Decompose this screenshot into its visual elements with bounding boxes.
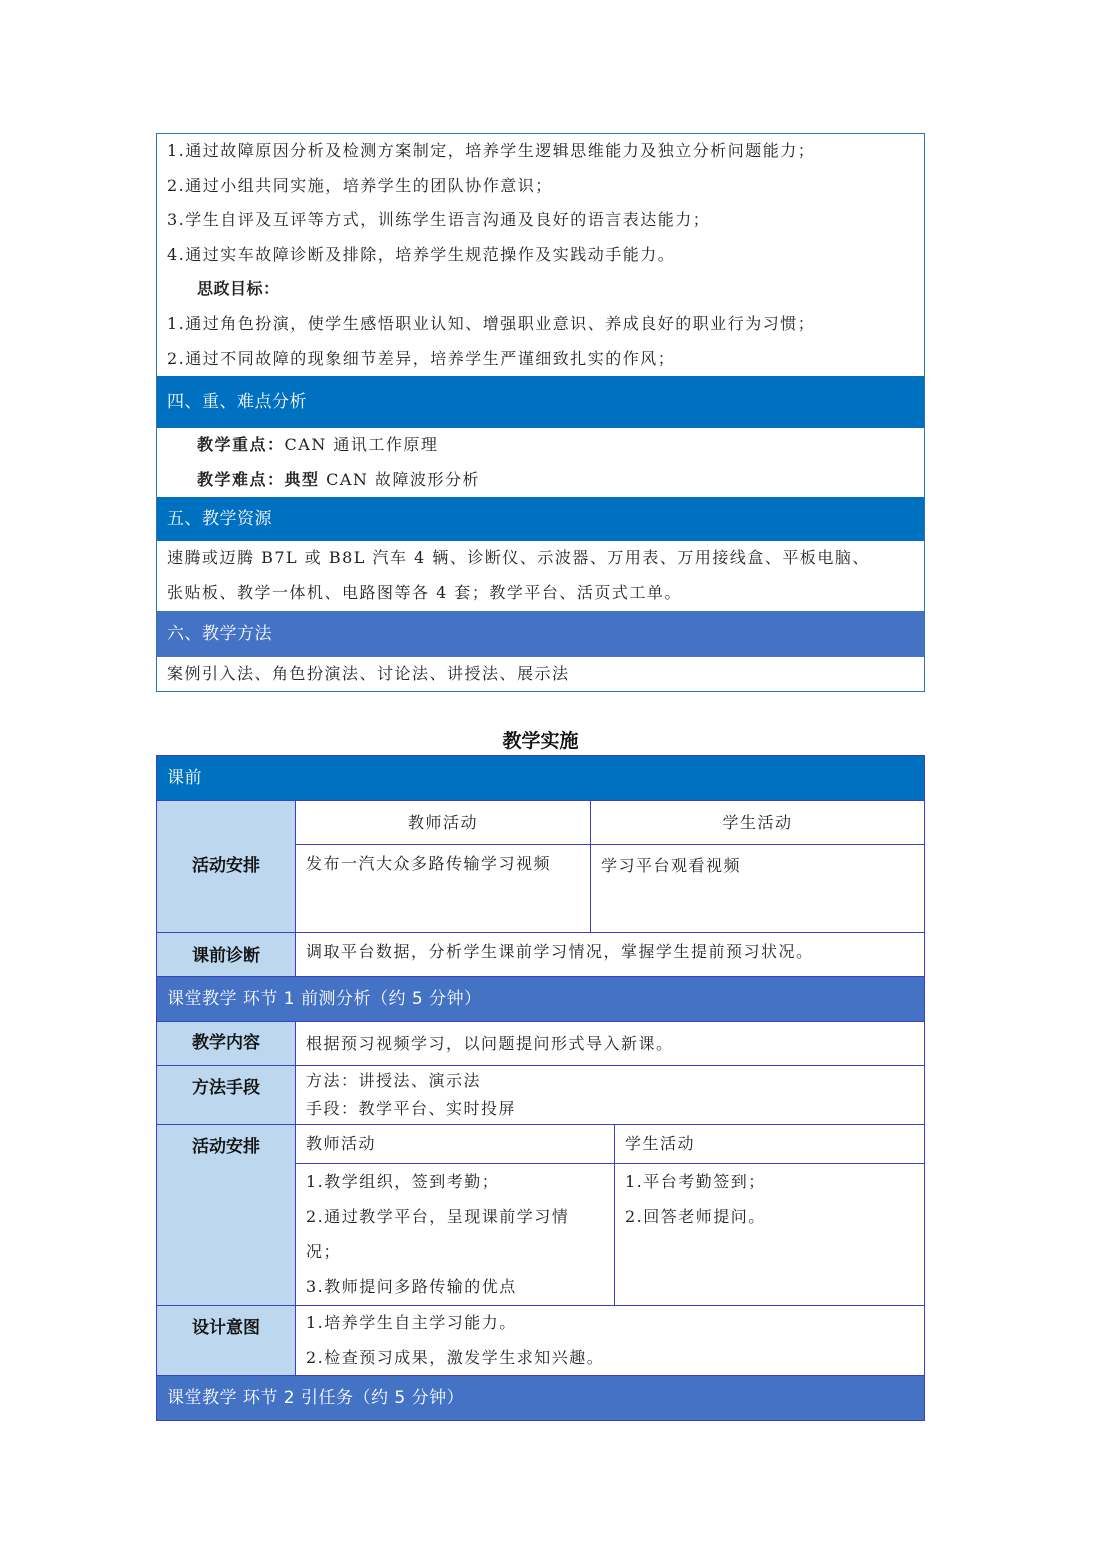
pre-class-activity-row: 活动安排 教师活动 学生活动 发布一汽大众多路传输学习视频 学习平台观看视频: [157, 801, 924, 933]
stage1-student-line-2: 2.回答老师提问。: [625, 1199, 914, 1234]
ideology-goal-1: 1.通过角色扮演，使学生感悟职业认知、增强职业意识、养成良好的职业行为习惯；: [157, 307, 924, 342]
stage1-activity-row: 活动安排 教师活动 学生活动 1.教学组织，签到考勤； 2.通过教学平台，呈现课…: [157, 1125, 924, 1306]
key-point-label: 教学重点：: [197, 435, 285, 454]
stage1-student-col: 学生活动: [614, 1125, 924, 1163]
stage1-intent-line-1: 1.培养学生自主学习能力。: [306, 1306, 914, 1341]
pre-class-header: 课前: [157, 756, 924, 801]
key-point-text: CAN 通讯工作原理: [285, 435, 439, 454]
methods-text: 案例引入法、角色扮演法、讨论法、讲授法、展示法: [157, 657, 924, 692]
stage1-method-row: 方法手段 方法：讲授法、演示法 手段：教学平台、实时投屏: [157, 1066, 924, 1125]
stage1-content-text: 根据预习视频学习，以问题提问形式导入新课。: [296, 1022, 924, 1065]
ability-goal-2: 2.通过小组共同实施，培养学生的团队协作意识；: [157, 169, 924, 204]
section-header-key-points: 四、重、难点分析: [157, 376, 924, 428]
difficult-point-label: 教学难点：典型: [197, 470, 320, 489]
stage1-intent-line-2: 2.检查预习成果，激发学生求知兴趣。: [306, 1341, 914, 1376]
key-point-row: 教学重点：CAN 通讯工作原理: [157, 428, 924, 463]
pre-class-diagnosis-text: 调取平台数据，分析学生课前学习情况，掌握学生提前预习状况。: [296, 933, 924, 976]
stage1-teacher-line-2: 2.通过教学平台，呈现课前学习情: [306, 1199, 604, 1234]
pre-class-diagnosis-row: 课前诊断 调取平台数据，分析学生课前学习情况，掌握学生提前预习状况。: [157, 933, 924, 977]
objectives-table: 1.通过故障原因分析及检测方案制定，培养学生逻辑思维能力及独立分析问题能力； 2…: [156, 133, 925, 692]
difficult-point-row: 教学难点：典型 CAN 故障波形分析: [157, 463, 924, 498]
stage1-method-label: 方法手段: [157, 1066, 296, 1124]
pre-class-teacher-text: 发布一汽大众多路传输学习视频: [296, 845, 590, 932]
stage1-teacher-col: 教师活动: [296, 1125, 614, 1163]
document-page: 1.通过故障原因分析及检测方案制定，培养学生逻辑思维能力及独立分析问题能力； 2…: [156, 133, 925, 692]
ideology-heading: 思政目标：: [157, 272, 924, 307]
ability-goal-1: 1.通过故障原因分析及检测方案制定，培养学生逻辑思维能力及独立分析问题能力；: [157, 134, 924, 169]
stage2-header: 课堂教学 环节 2 引任务（约 5 分钟）: [157, 1376, 924, 1420]
ability-goal-4: 4.通过实车故障诊断及排除，培养学生规范操作及实践动手能力。: [157, 238, 924, 273]
stage1-content-label: 教学内容: [157, 1022, 296, 1065]
pre-class-diagnosis-label: 课前诊断: [157, 933, 296, 976]
stage1-content-row: 教学内容 根据预习视频学习，以问题提问形式导入新课。: [157, 1022, 924, 1066]
stage1-teacher-line-1: 1.教学组织，签到考勤；: [306, 1164, 604, 1199]
section-header-resources: 五、教学资源: [157, 497, 924, 541]
stage1-method-line-2: 手段：教学平台、实时投屏: [306, 1095, 914, 1123]
stage1-teacher-line-3: 况；: [306, 1234, 604, 1269]
difficult-point-text: CAN 故障波形分析: [320, 470, 480, 489]
implementation-title: 教学实施: [156, 726, 925, 753]
pre-class-activity-label: 活动安排: [157, 801, 296, 932]
student-activity-col: 学生活动: [590, 801, 924, 844]
pre-class-student-text: 学习平台观看视频: [590, 845, 924, 932]
implementation-table: 课前 活动安排 教师活动 学生活动 发布一汽大众多路传输学习视频 学习平台观看视…: [156, 755, 925, 1421]
resources-line-2: 张贴板、教学一体机、电路图等各 4 套；教学平台、活页式工单。: [157, 576, 924, 611]
stage1-student-line-1: 1.平台考勤签到；: [625, 1164, 914, 1199]
stage1-intent-row: 设计意图 1.培养学生自主学习能力。 2.检查预习成果，激发学生求知兴趣。: [157, 1306, 924, 1376]
stage1-header: 课堂教学 环节 1 前测分析（约 5 分钟）: [157, 977, 924, 1022]
stage1-activity-label: 活动安排: [157, 1125, 296, 1305]
section-header-methods: 六、教学方法: [157, 611, 924, 657]
ability-goal-3: 3.学生自评及互评等方式，训练学生语言沟通及良好的语言表达能力；: [157, 203, 924, 238]
stage1-method-line-1: 方法：讲授法、演示法: [306, 1067, 914, 1095]
stage1-intent-label: 设计意图: [157, 1306, 296, 1375]
stage1-teacher-line-4: 3.教师提问多路传输的优点: [306, 1269, 604, 1304]
ideology-goal-2: 2.通过不同故障的现象细节差异，培养学生严谨细致扎实的作风；: [157, 342, 924, 377]
teacher-activity-col: 教师活动: [296, 801, 590, 844]
resources-line-1: 速腾或迈腾 B7L 或 B8L 汽车 4 辆、诊断仪、示波器、万用表、万用接线盒…: [157, 541, 924, 576]
